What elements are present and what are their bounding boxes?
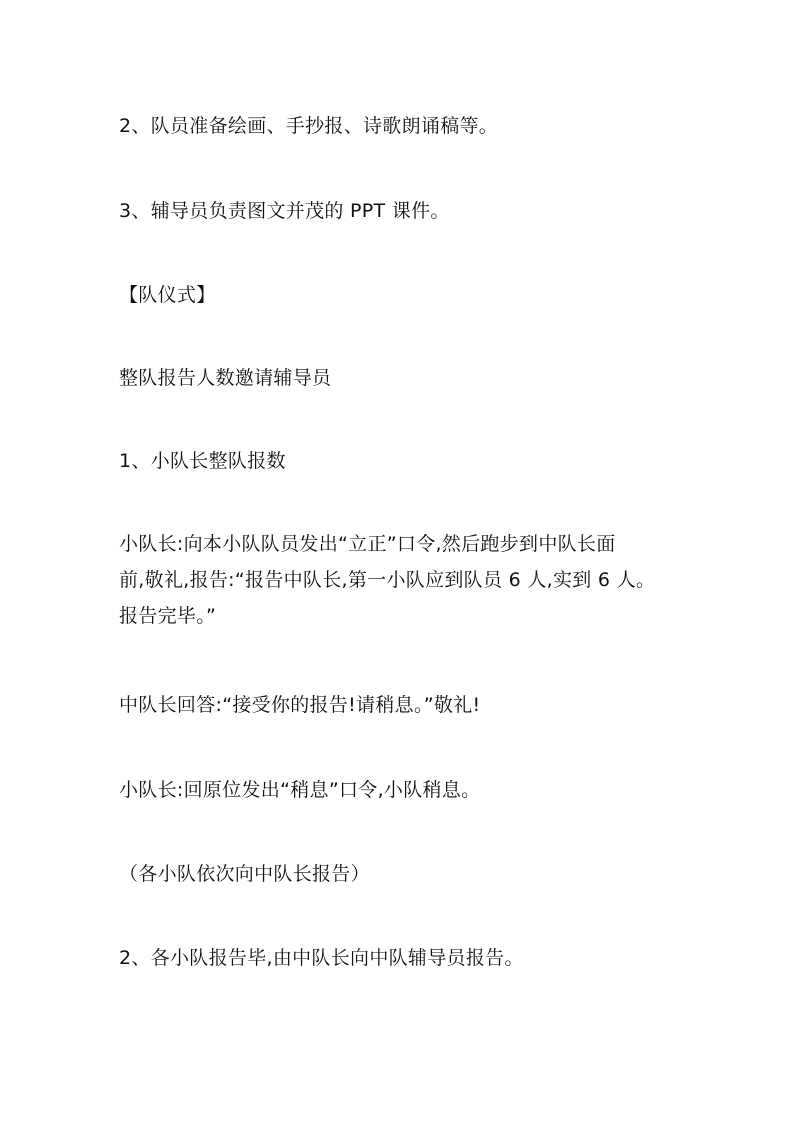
paragraph-step-1: 1、小队长整队报数 [119, 443, 286, 479]
paragraph-subheading: 整队报告人数邀请辅导员 [119, 360, 331, 396]
paragraph-report-line-2: 前,敬礼,报告:“报告中队长,第一小队应到队员 6 人,实到 6 人。 [119, 562, 655, 598]
paragraph-report-line-1: 小队长:向本小队队员发出“立正”口令,然后跑步到中队长面 [119, 526, 616, 562]
paragraph-preparation-3: 3、辅导员负责图文并茂的 PPT 课件。 [119, 193, 450, 229]
paragraph-step-2: 2、各小队报告毕,由中队长向中队辅导员报告。 [119, 940, 524, 976]
section-heading-ceremony: 【队仪式】 [119, 277, 216, 313]
paragraph-captain-reply: 中队长回答:“接受你的报告!请稍息。”敬礼! [119, 687, 480, 723]
paragraph-squad-leader-return: 小队长:回原位发出“稍息”口令,小队稍息。 [119, 772, 480, 808]
paragraph-note: （各小队依次向中队长报告） [119, 856, 370, 892]
paragraph-report-line-3: 报告完毕。” [119, 598, 216, 634]
paragraph-preparation-2: 2、队员准备绘画、手抄报、诗歌朗诵稿等。 [119, 108, 498, 144]
